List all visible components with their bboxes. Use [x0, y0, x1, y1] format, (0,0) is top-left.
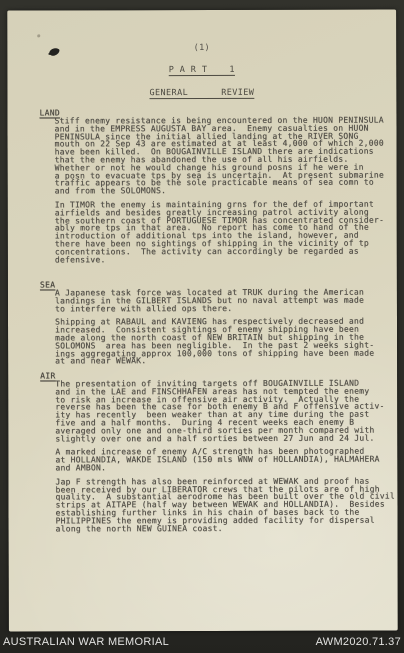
paragraph: In TIMOR the enemy is maintaining grns f… [55, 200, 391, 263]
scan-viewer: (1) P A R T 1 GENERAL REVIEW LAND Stiff … [0, 0, 404, 653]
paragraph: Stiff enemy resistance is being encounte… [54, 117, 390, 196]
paragraph: The presentation of inviting targets off… [55, 380, 391, 443]
document-title: P A R T 1 [7, 64, 396, 75]
paragraph: A Japanese task force was located at TRU… [55, 289, 391, 313]
section-air: AIR The presentation of inviting targets… [40, 372, 391, 539]
paragraph: Jap F strength has also been reinforced … [55, 477, 391, 532]
paragraph: Shipping at RABAUL and KAVIENG has respe… [55, 318, 391, 366]
document-header: (1) P A R T 1 GENERAL REVIEW [7, 9, 396, 10]
section-sea: SEA A Japanese task force was located at… [40, 281, 391, 372]
section-land: LAND Stiff enemy resistance is being enc… [39, 109, 390, 270]
paper-speck [37, 34, 40, 37]
archive-footer-bar: AUSTRALIAN WAR MEMORIAL AWM2020.71.37 [0, 631, 404, 653]
document-subtitle: GENERAL REVIEW [7, 87, 396, 98]
document-page: (1) P A R T 1 GENERAL REVIEW LAND Stiff … [7, 9, 398, 631]
page-number: (1) [7, 42, 396, 53]
catalog-number-label: AWM2020.71.37 [316, 636, 401, 648]
archive-name-label: AUSTRALIAN WAR MEMORIAL [3, 636, 169, 648]
paragraph: A marked increase of enemy A/C strength … [55, 448, 391, 472]
